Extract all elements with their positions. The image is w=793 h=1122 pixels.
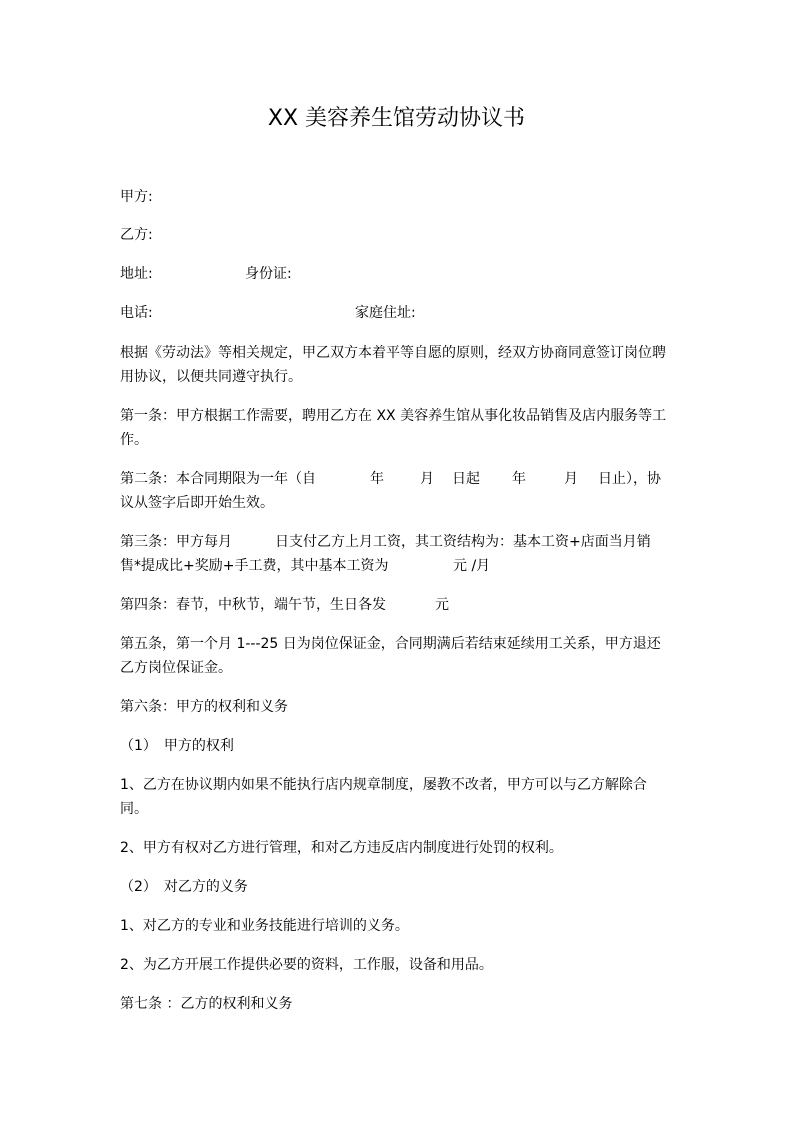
article-3: 第三条：甲方每月 日支付乙方上月工资，其工资结构为：基本工资+店面当月销 售*提… — [120, 530, 672, 578]
article-6-sub2: （2） 对乙方的义务 — [120, 875, 248, 899]
intro-paragraph: 根据《劳动法》等相关规定，甲乙双方本着平等自愿的原则，经双方协商同意签订岗位聘用… — [120, 341, 672, 389]
article-6-sub1-item2: 2、甲方有权对乙方进行管理，和对乙方违反店内制度进行处罚的权利。 — [120, 836, 563, 860]
article-2: 第二条：本合同期限为一年（自 年 月 日起 年 月 日止），协 议从签字后即开始… — [120, 467, 672, 515]
article-6-sub2-item2: 2、为乙方开展工作提供必要的资料，工作服，设备和用品。 — [120, 953, 493, 977]
article-5: 第五条，第一个月 1---25 日为岗位保证金，合同期满后若结束延续用工关系，甲… — [120, 632, 672, 680]
article-6-heading: 第六条：甲方的权利和义务 — [120, 695, 288, 719]
address-field: 地址: — [120, 262, 153, 286]
document-title: XX 美容养生馆劳动协议书 — [0, 101, 793, 132]
phone-field: 电话: — [120, 301, 153, 325]
article-1: 第一条：甲方根据工作需要，聘用乙方在 XX 美容养生馆从事化妆品销售及店内服务等… — [120, 404, 672, 452]
article-6-sub2-item1: 1、对乙方的专业和业务技能进行培训的义务。 — [120, 914, 409, 938]
id-card-field: 身份证: — [245, 262, 292, 286]
party-a-field: 甲方: — [120, 185, 153, 209]
article-7-heading: 第七条 ：乙方的权利和义务 — [120, 992, 292, 1016]
article-4: 第四条：春节，中秋节，端午节，生日各发 元 — [120, 593, 672, 617]
article-6-sub1-item1: 1、乙方在协议期内如果不能执行店内规章制度，屡教不改者，甲方可以与乙方解除合同。 — [120, 773, 672, 821]
party-b-field: 乙方: — [120, 223, 153, 247]
home-address-field: 家庭住址: — [355, 301, 416, 325]
article-6-sub1: （1） 甲方的权利 — [120, 734, 234, 758]
